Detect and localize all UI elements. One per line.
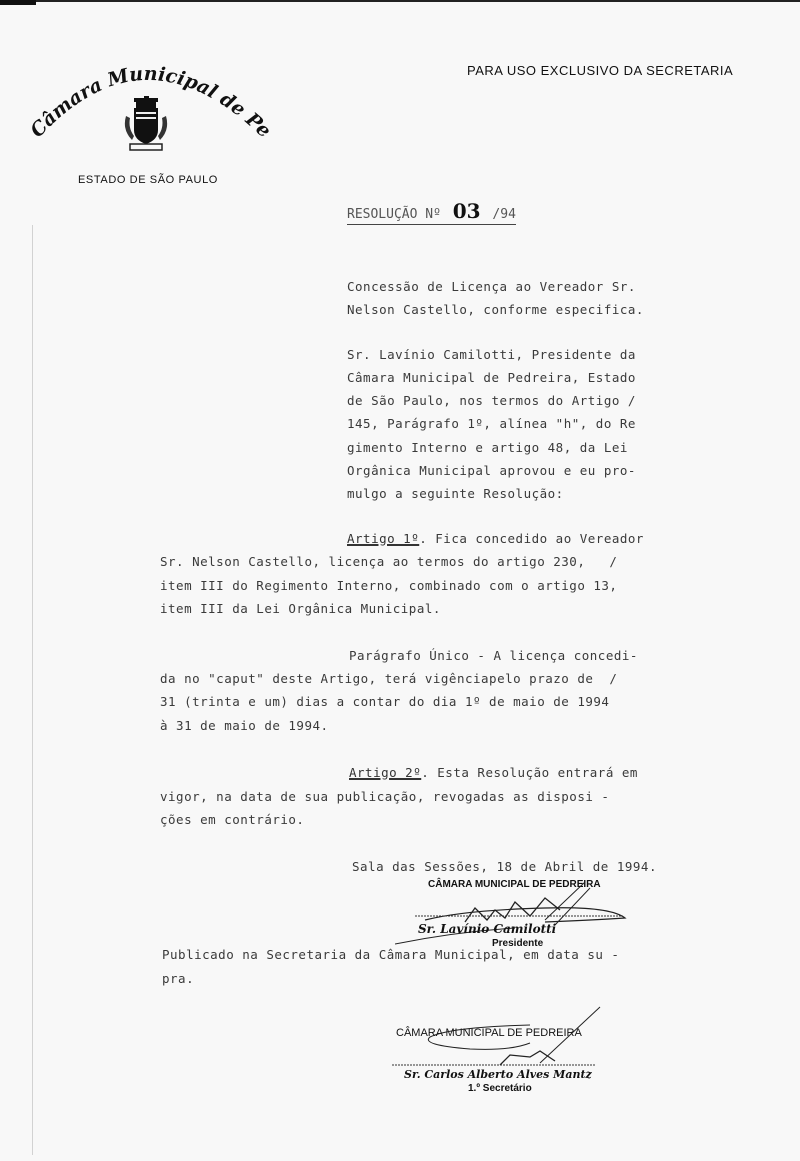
publication-line: pra. [162, 971, 194, 986]
paragraph-unico-line: 31 (trinta e um) dias a contar do dia 1º… [160, 694, 609, 709]
preamble-line: de São Paulo, nos termos do Artigo / [347, 393, 636, 408]
municipal-coat-of-arms-icon [120, 96, 172, 152]
preamble-line: mulgo a seguinte Resolução: [347, 486, 564, 501]
scan-top-edge [0, 0, 800, 2]
article2-line: vigor, na data de sua publicação, revoga… [160, 789, 609, 804]
article1-line: item III do Regimento Interno, combinado… [160, 578, 617, 593]
secretaria-notice: PARA USO EXCLUSIVO DA SECRETARIA [467, 63, 733, 78]
secretary-signature [390, 1005, 620, 1075]
preamble-line: Sr. Lavínio Camilotti, Presidente da [347, 347, 636, 362]
article1-heading: Artigo 1º [347, 531, 419, 546]
paragraph-unico-line: da no "caput" deste Artigo, terá vigênci… [160, 671, 617, 686]
article1-line: Sr. Nelson Castello, licença ao termos d… [160, 554, 617, 569]
article1-first-line: Artigo 1º. Fica concedido ao Vereador [347, 531, 644, 546]
preamble-line: Orgânica Municipal aprovou e eu pro- [347, 463, 636, 478]
publication-line: Publicado na Secretaria da Câmara Munici… [162, 947, 619, 962]
article2-heading: Artigo 2º [349, 765, 421, 780]
preamble-line: gimento Interno e artigo 48, da Lei [347, 440, 628, 455]
resolution-label: RESOLUÇÃO Nº [347, 207, 441, 222]
resolution-title: RESOLUÇÃO Nº 03 /94 [347, 199, 516, 225]
summary-line: Nelson Castello, conforme especifica. [347, 302, 644, 317]
paragraph-unico-first-line: Parágrafo Único - A licença concedi- [349, 648, 638, 663]
president-name: Sr. Lavínio Camilotti [418, 922, 556, 936]
scan-margin-line [32, 225, 33, 1155]
article1-line: item III da Lei Orgânica Municipal. [160, 601, 441, 616]
resolution-year: /94 [492, 207, 515, 222]
resolution-number: 03 [453, 199, 481, 223]
state-label: ESTADO DE SÃO PAULO [78, 174, 218, 186]
secretary-name: Sr. Carlos Alberto Alves Mantz [404, 1068, 592, 1081]
article2-first-line: Artigo 2º. Esta Resolução entrará em [349, 765, 638, 780]
scan-top-edge-mark [0, 0, 36, 5]
preamble-line: Câmara Municipal de Pedreira, Estado [347, 370, 636, 385]
secretary-title: 1.º Secretário [468, 1083, 532, 1094]
summary-line: Concessão de Licença ao Vereador Sr. [347, 279, 636, 294]
article2-line: ções em contrário. [160, 812, 304, 827]
preamble-line: 145, Parágrafo 1º, alínea "h", do Re [347, 416, 636, 431]
session-date: Sala das Sessões, 18 de Abril de 1994. [352, 859, 657, 874]
paragraph-unico-line: à 31 de maio de 1994. [160, 718, 329, 733]
